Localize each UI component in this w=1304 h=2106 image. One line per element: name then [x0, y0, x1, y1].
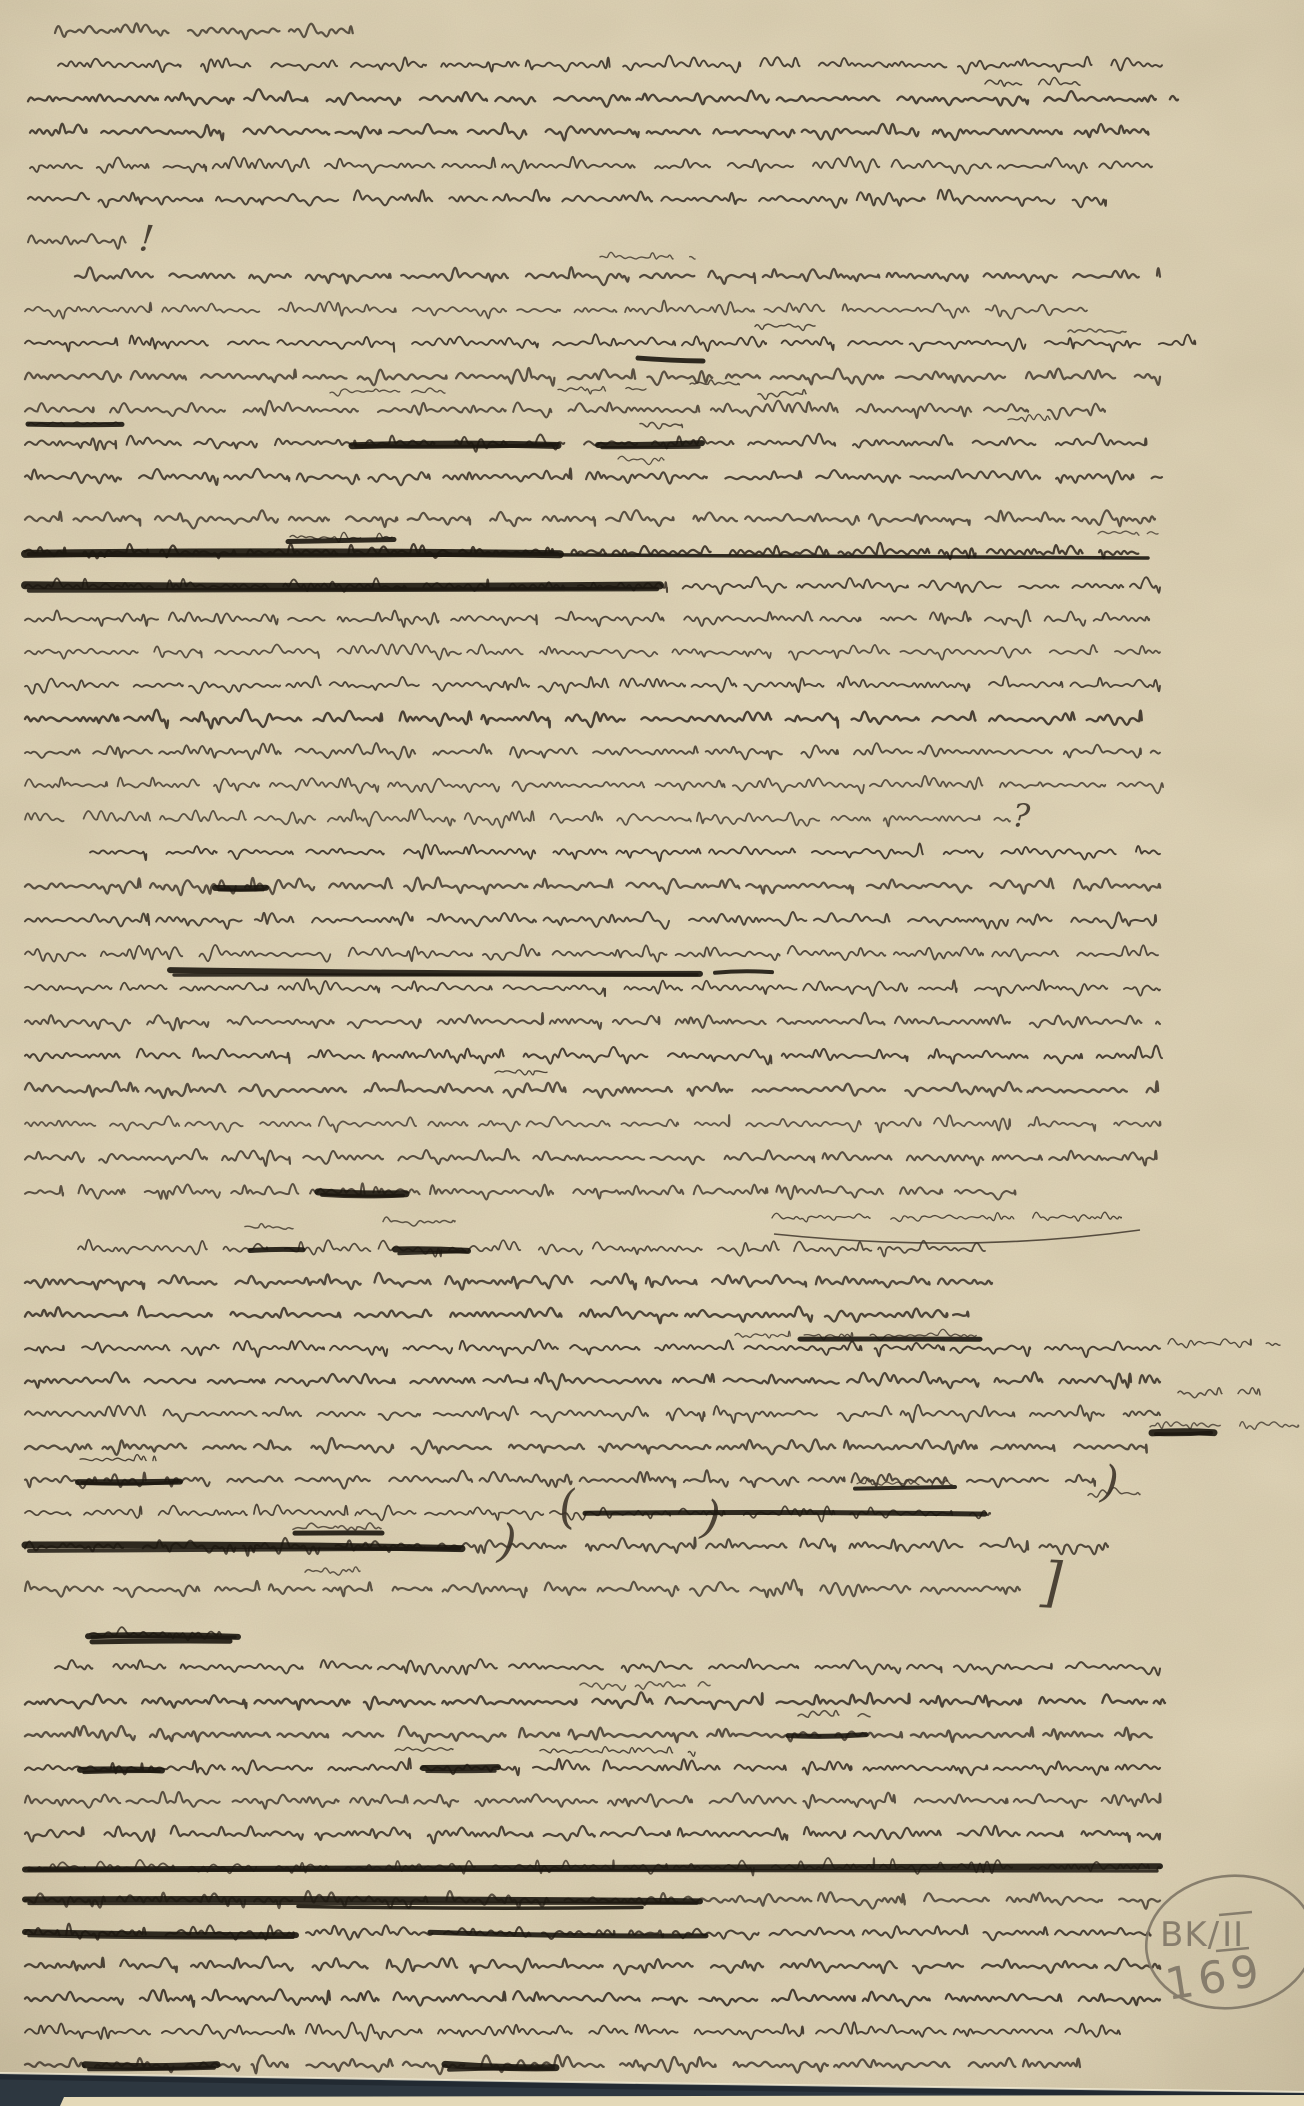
stamp-prefix: BK/ — [1160, 1915, 1220, 1955]
strikethrough-mark — [29, 1549, 459, 1551]
punctuation-glyph: ] — [1038, 1550, 1064, 1614]
strikethrough-mark — [29, 554, 557, 556]
strikethrough-mark — [322, 1195, 403, 1197]
scan-svg: !?()))] BK/II 169 — [0, 0, 1304, 2106]
strikethrough-mark — [638, 358, 703, 361]
strikethrough-mark — [356, 445, 555, 447]
strikethrough-mark — [602, 447, 699, 448]
paper-vignette — [0, 0, 1304, 2106]
strikethrough-mark — [250, 1249, 303, 1250]
strikethrough-mark — [25, 1932, 296, 1935]
strikethrough-mark — [174, 975, 697, 976]
strikethrough-mark — [298, 1906, 642, 1908]
strikethrough-mark — [92, 1641, 230, 1642]
strikethrough-mark — [399, 1252, 465, 1254]
strikethrough-mark — [585, 1513, 985, 1515]
strikethrough-mark — [29, 1903, 697, 1904]
strikethrough-mark — [25, 1899, 700, 1901]
strikethrough-mark — [29, 589, 657, 591]
strikethrough-mark — [29, 1870, 1157, 1871]
strikethrough-mark — [1156, 1433, 1211, 1435]
strikethrough-mark — [84, 1771, 159, 1772]
strikethrough-mark — [89, 2068, 214, 2070]
strikethrough-mark — [288, 539, 394, 541]
strikethrough-mark — [715, 971, 772, 973]
strikethrough-mark — [788, 1735, 866, 1737]
strikethrough-mark — [598, 443, 702, 445]
strikethrough-mark — [28, 424, 122, 425]
punctuation-glyph: ? — [1011, 796, 1032, 835]
strikethrough-mark — [855, 1487, 955, 1489]
strikethrough-mark — [25, 585, 660, 587]
strikethrough-mark — [423, 1767, 498, 1768]
strikethrough-mark — [449, 2068, 553, 2070]
strikethrough-mark — [215, 888, 266, 889]
letter-scan: !?()))] BK/II 169 — [0, 0, 1304, 2106]
